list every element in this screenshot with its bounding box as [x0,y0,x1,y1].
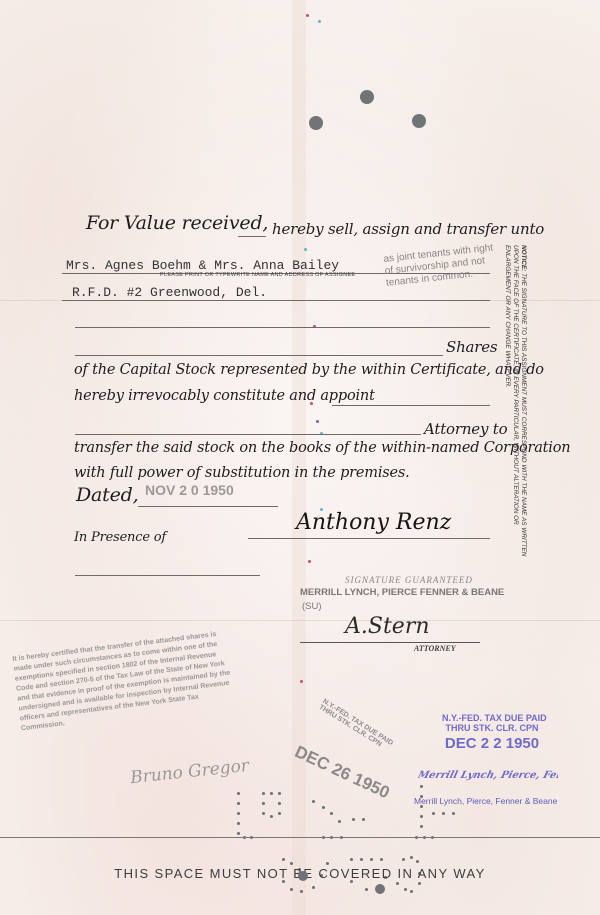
perforation-dot [420,795,423,798]
perforation-dot [404,888,407,891]
hereby-sell-text: hereby sell, assign and transfer unto [272,220,544,238]
perforation-dot [290,888,293,891]
attorney-to: Attorney to [424,420,507,438]
horizontal-fold [0,620,600,621]
guarantor-initials: (SU) [302,601,322,612]
ink-speck [318,20,321,23]
rule [75,575,260,576]
perforation-dot [262,792,265,795]
rule [238,236,266,237]
perforation-dot [237,812,240,815]
perforation-dot [330,812,333,815]
perforation-dot [410,890,413,893]
perforation-dot [418,882,421,885]
ink-speck [308,560,311,563]
perforation-dot [278,812,281,815]
perforation-dot [262,802,265,805]
perforation-dot [278,792,281,795]
notice-label: NOTICE: [520,245,527,271]
owner-signature: Anthony Renz [296,510,451,535]
ink-speck [316,420,319,423]
perforation-dot [452,812,455,815]
rule [62,300,490,301]
perforation-dot [365,888,368,891]
perforation-dot [338,820,341,823]
perforation-dot [362,818,365,821]
dated-stamp: NOV 2 0 1950 [145,482,234,498]
perforation-dot [278,802,281,805]
perforation-dot [360,858,363,861]
signature-notice: NOTICE: THE SIGNATURE TO THIS ASSIGNMENT… [497,245,527,575]
stamp-line: N.Y.-FED. TAX DUE PAID [442,713,542,723]
perforation-dot [380,858,383,861]
perforation-dot [410,856,413,859]
perforation-dot [290,862,293,865]
vertical-fold [292,0,306,915]
attorney-label: ATTORNEY [414,644,456,653]
perforation-dot [432,812,435,815]
rule [138,506,278,507]
punch-hole [309,116,323,130]
rule [300,642,480,643]
assignee-label: PLEASE PRINT OR TYPEWRITE NAME AND ADDRE… [160,272,355,278]
notice-text: THE SIGNATURE TO THIS ASSIGNMENT MUST CO… [504,245,527,556]
perforation-hole [375,884,385,894]
ink-speck [306,14,309,17]
perforation-dot [270,792,273,795]
perforation-dot [262,812,265,815]
perforation-dot [312,800,315,803]
punch-hole [360,90,374,104]
perforation-dot [350,858,353,861]
for-value-received: For Value received, [86,212,268,234]
rule [75,327,490,328]
attorney-signature: A.Stern [345,614,430,639]
stamp-signature-text: Merrill Lynch, Pierce, Fenner & Beane [418,770,558,781]
perforation-dot [270,815,273,818]
perforation-dot [300,890,303,893]
perforation-dot [420,785,423,788]
perforation-dot [352,818,355,821]
assignee-address: R.F.D. #2 Greenwood, Del. [72,285,267,300]
stamp-signature: Merrill Lynch, Pierce, Fenner & Beane [418,770,558,784]
perforation-dot [420,815,423,818]
perforation-hole [298,871,308,881]
bottom-rule [0,837,600,838]
ink-speck [304,248,307,251]
irrevocably-line: hereby irrevocably constitute and appoin… [74,388,375,404]
substitution-line: with full power of substitution in the p… [74,465,410,481]
perforation-dot [396,882,399,885]
perforation-dot [312,886,315,889]
perforation-dot [420,825,423,828]
dated-label: Dated, [76,484,138,506]
stamp-date: DEC 2 2 1950 [442,735,542,752]
shares-label: Shares [446,338,497,356]
perforation-dot [326,862,329,865]
perforation-dot [370,858,373,861]
stamp-firm: Merrill Lynch, Pierce, Fenner & Beane [414,796,557,806]
transfer-line: transfer the said stock on the books of … [74,440,570,456]
capital-stock-line: of the Capital Stock represented by the … [74,362,544,378]
perforation-dot [237,792,240,795]
stamp-line: THRU STK. CLR. CPN [442,723,542,733]
rule [75,355,443,356]
perforation-dot [282,858,285,861]
signature-guaranteed: SIGNATURE GUARANTEED [345,575,473,585]
perforation-dot [322,806,325,809]
perforation-dot [237,832,240,835]
perforation-dot [237,822,240,825]
in-presence-of: In Presence of [74,530,166,545]
ink-speck [300,680,303,683]
tax-paid-stamp-purple: N.Y.-FED. TAX DUE PAID THRU STK. CLR. CP… [442,713,542,752]
perforation-dot [402,858,405,861]
rule [75,434,421,435]
guarantor-firm: MERRILL LYNCH, PIERCE FENNER & BEANE [300,587,504,598]
assignee-name: Mrs. Agnes Boehm & Mrs. Anna Bailey [66,258,339,273]
perforation-dot [416,860,419,863]
perforation-dot [442,812,445,815]
perforation-dot [420,805,423,808]
rule [248,538,490,539]
rule [332,405,490,406]
punch-hole [412,114,426,128]
perforation-dot [237,802,240,805]
